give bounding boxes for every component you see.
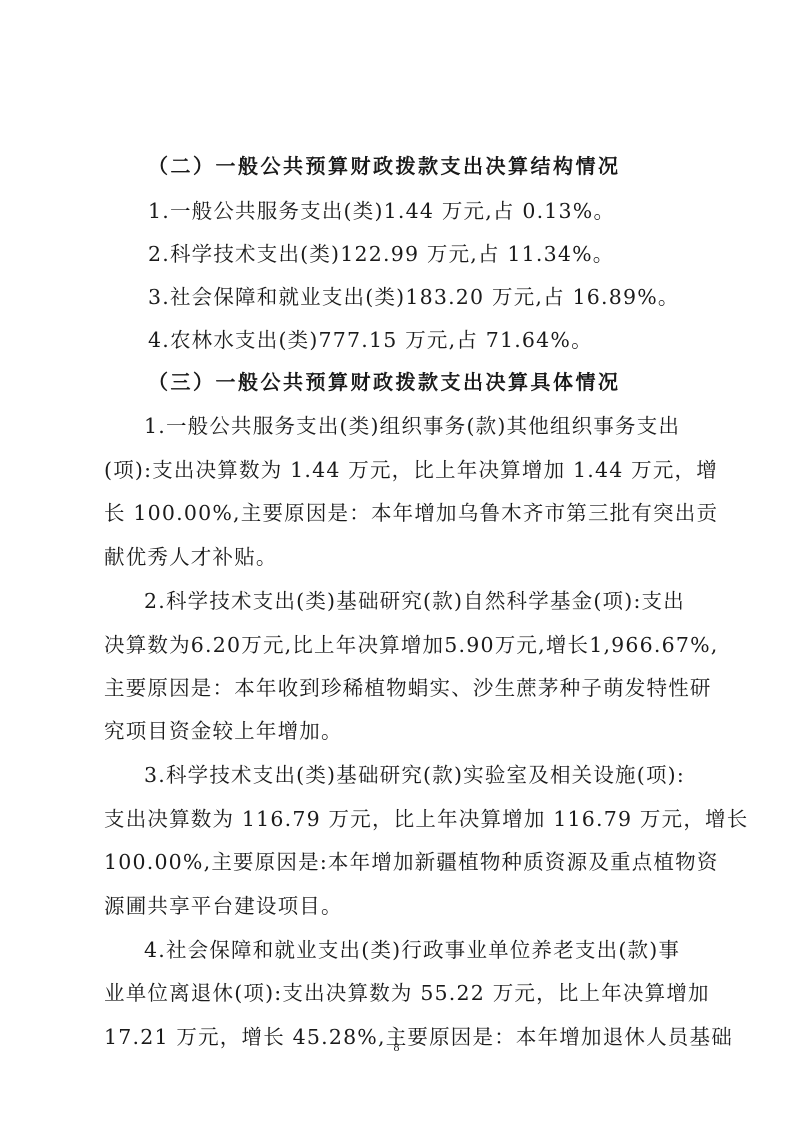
page-number: 8 [0,1040,793,1055]
paragraph-1-line-4: 献优秀人才补贴。 [104,543,278,571]
section-heading-details: （三）一般公共预算财政拨款支出决算具体情况 [148,368,621,396]
structure-item-4: 4.农林水支出(类)777.15 万元,占 71.64%。 [148,326,593,354]
paragraph-3-line-3: 100.00%,主要原因是:本年增加新疆植物种质资源及重点植物资 [104,848,719,876]
paragraph-1-line-1: 1.一般公共服务支出(类)组织事务(款)其他组织事务支出 [144,412,694,440]
paragraph-1-line-2: (项):支出决算数为 1.44 万元，比上年决算增加 1.44 万元，增 [104,456,718,484]
paragraph-1-line-3: 长 100.00%,主要原因是：本年增加乌鲁木齐市第三批有突出贡 [104,499,718,527]
paragraph-3-line-4: 源圃共享平台建设项目。 [104,892,343,920]
paragraph-2-line-2: 决算数为6.20万元,比上年决算增加5.90万元,增长1,966.67%, [104,631,719,659]
paragraph-2-line-3: 主要原因是：本年收到珍稀植物蜎实、沙生蔗茅种子萌发特性研 [104,674,712,702]
structure-item-1: 1.一般公共服务支出(类)1.44 万元,占 0.13%。 [148,197,615,225]
structure-item-2: 2.科学技术支出(类)122.99 万元,占 11.34%。 [148,240,615,268]
paragraph-2-line-1: 2.科学技术支出(类)基础研究(款)自然科学基金(项):支出 [144,587,685,615]
section-heading-structure: （二）一般公共预算财政拨款支出决算结构情况 [148,152,621,180]
paragraph-2-line-4: 究项目资金较上年增加。 [104,717,343,745]
paragraph-4-line-2: 业单位离退休(项):支出决算数为 55.22 万元，比上年决算增加 [104,979,710,1007]
structure-item-3: 3.社会保障和就业支出(类)183.20 万元,占 16.89%。 [148,283,680,311]
paragraph-3-line-1: 3.科学技术支出(类)基础研究(款)实验室及相关设施(项): [144,761,685,789]
paragraph-4-line-1: 4.社会保障和就业支出(类)行政事业单位养老支出(款)事 [144,936,680,964]
paragraph-3-line-2: 支出决算数为 116.79 万元，比上年决算增加 116.79 万元，增长 [104,805,748,833]
